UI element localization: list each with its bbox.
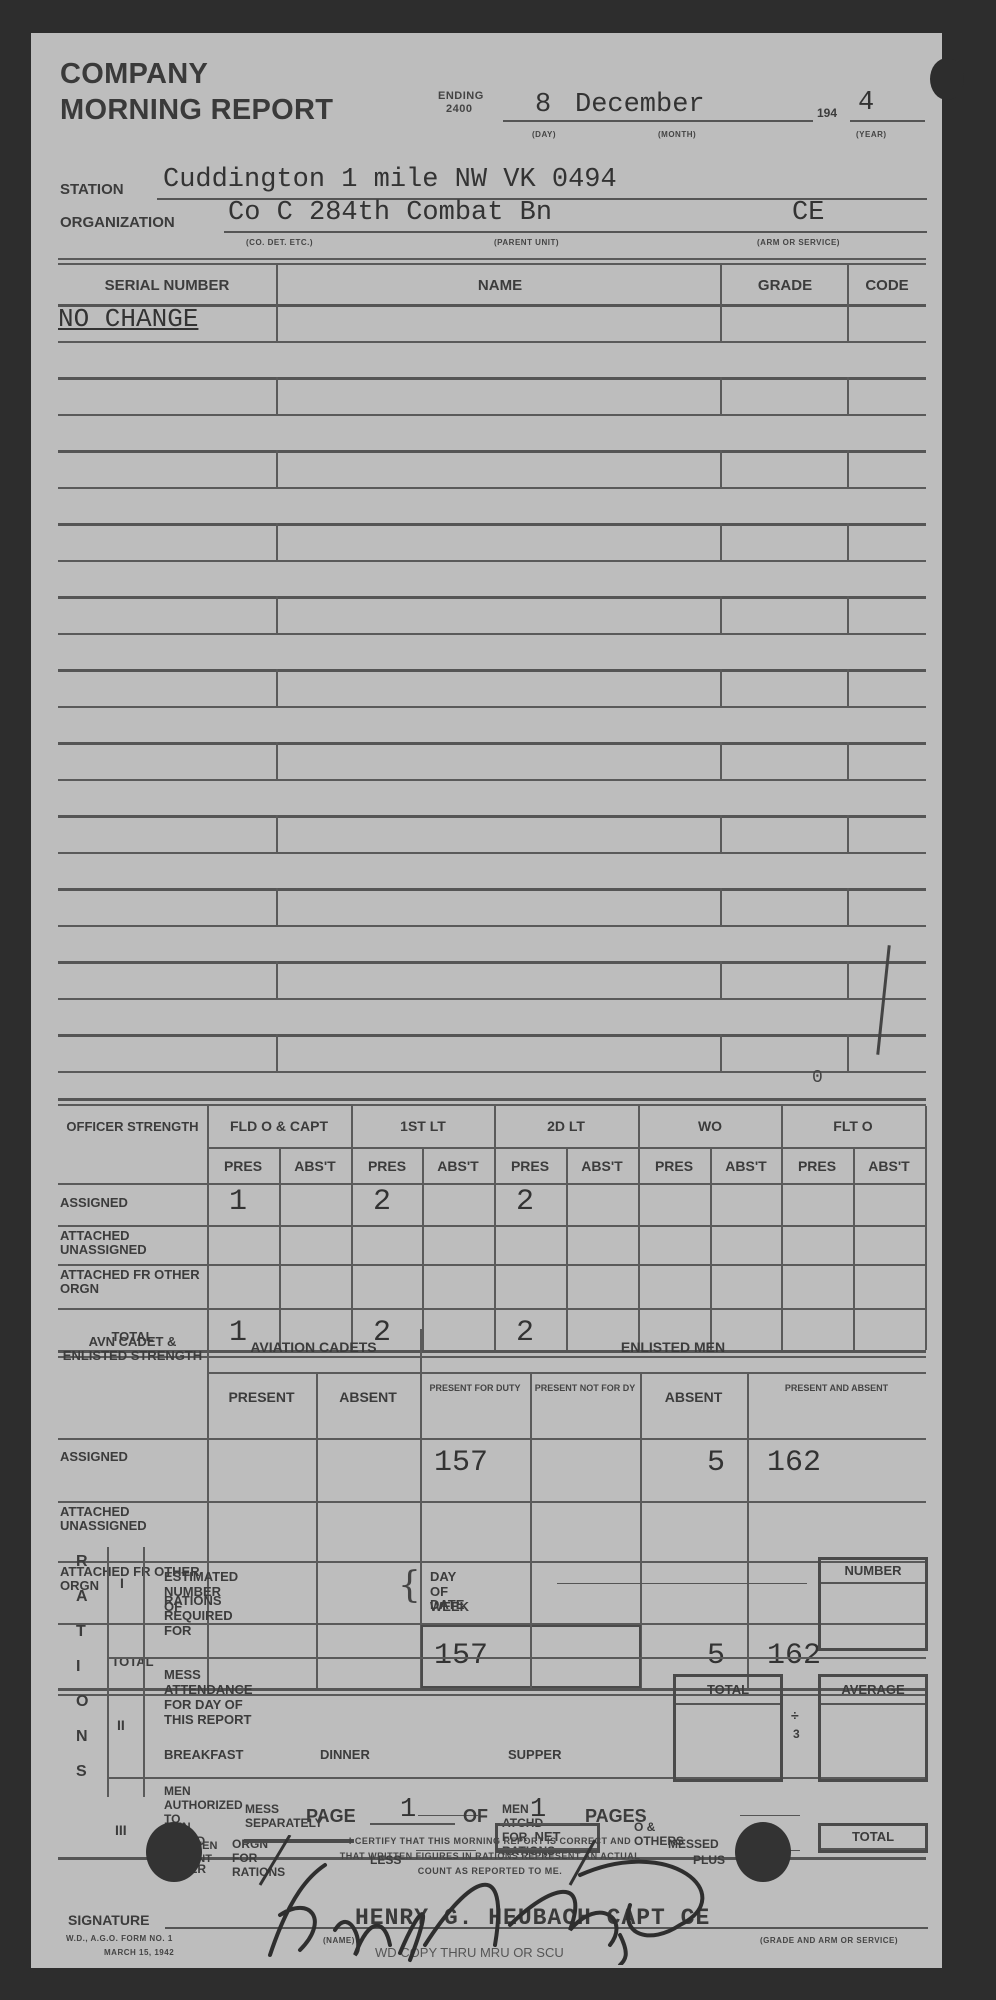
row-rule (58, 633, 926, 635)
row-rule (58, 1501, 926, 1503)
table-row[interactable] (58, 742, 926, 779)
caption-co-det: (CO. DET. ETC.) (246, 238, 313, 247)
column-divider (494, 1106, 496, 1350)
row-rule (58, 1438, 926, 1440)
enlisted-cell[interactable]: 5 (707, 1639, 725, 1673)
table-row[interactable] (58, 523, 926, 560)
enlisted-row-label: ASSIGNED (60, 1450, 209, 1464)
rations-required-label: RATIONS REQUIRED FOR (164, 1593, 233, 1638)
arm-or-service-value[interactable]: CE (792, 198, 824, 228)
date-underline (503, 120, 813, 122)
officer-sub-header: ABS'T (566, 1158, 638, 1174)
handwritten-signature (250, 1835, 740, 1965)
column-divider (422, 1147, 424, 1350)
punch-hole-left (146, 1822, 202, 1882)
row-rule (107, 1657, 926, 1659)
rule (58, 1104, 926, 1106)
row-rule (58, 414, 926, 416)
rations-side-letter: O (76, 1693, 88, 1711)
officer-group-header: WO (638, 1118, 782, 1134)
column-divider (566, 1147, 568, 1350)
ending-time-label: 2400 (446, 104, 472, 115)
report-day[interactable]: 8 (535, 90, 551, 120)
rule (58, 263, 926, 265)
signature-label: SIGNATURE (68, 1912, 149, 1928)
enlisted-column-header: PRESENT FOR DUTY (420, 1382, 530, 1394)
enlisted-cell[interactable]: 157 (434, 1446, 488, 1480)
column-divider (143, 1547, 145, 1797)
officer-row-label: ASSIGNED (60, 1196, 209, 1210)
row-rule (58, 1264, 926, 1266)
column-divider (207, 1106, 209, 1350)
officer-cell[interactable]: 1 (229, 1185, 247, 1219)
form-number: W.D., A.G.O. FORM NO. 1 (66, 1934, 173, 1943)
officer-sub-header: PRES (781, 1158, 853, 1174)
date-label: DATE (430, 1597, 464, 1612)
officer-sub-header: ABS'T (279, 1158, 351, 1174)
year-underline (850, 120, 925, 122)
officer-sub-header: PRES (494, 1158, 566, 1174)
grade-caption: (GRADE AND ARM OR SERVICE) (760, 1936, 898, 1945)
year-prefix: 194 (817, 106, 837, 120)
header-code: CODE (848, 277, 926, 294)
station-label: STATION (60, 181, 124, 198)
row-rule (107, 1777, 926, 1779)
enlisted-column-header: ABSENT (316, 1389, 420, 1405)
column-divider (638, 1106, 640, 1350)
number-box-header: NUMBER (821, 1560, 925, 1584)
mess-attendance-label: MESS ATTENDANCE FOR DAY OF THIS REPORT (164, 1667, 253, 1727)
column-divider (279, 1147, 281, 1350)
column-divider (316, 1372, 318, 1688)
report-month[interactable]: December (575, 90, 705, 120)
officer-group-header: FLD O & CAPT (207, 1118, 351, 1134)
row-rule (58, 852, 926, 854)
enlisted-strength-label: AVN CADET & ENLISTED STRENGTH (58, 1335, 207, 1363)
caption-month: (MONTH) (658, 130, 696, 139)
caption-parent-unit: (PARENT UNIT) (494, 238, 559, 247)
enlisted-column-header: PRESENT NOT FOR DY (530, 1382, 640, 1394)
officer-group-header: 2D LT (494, 1118, 638, 1134)
column-divider (747, 1372, 749, 1688)
station-value[interactable]: Cuddington 1 mile NW VK 0494 (163, 165, 617, 195)
enlisted-cell[interactable]: 162 (767, 1639, 821, 1673)
rations-side-letter: N (76, 1728, 88, 1746)
officer-sub-header: ABS'T (853, 1158, 925, 1174)
officer-sub-header: ABS'T (710, 1158, 782, 1174)
row-rule (58, 1183, 926, 1185)
table-row[interactable] (58, 596, 926, 633)
officer-sub-header: PRES (351, 1158, 423, 1174)
table-row[interactable] (58, 961, 926, 998)
breakfast-label: BREAKFAST (164, 1747, 243, 1762)
rations-side-letter: T (76, 1623, 86, 1641)
rations-side-letter: R (76, 1553, 88, 1571)
enlisted-row-label: ATTACHED UNASSIGNED (60, 1505, 209, 1533)
row-rule (58, 1308, 926, 1310)
officer-strength-label: OFFICER STRENGTH (58, 1120, 207, 1134)
pages-label: PAGES (585, 1806, 647, 1827)
officer-group-header: 1ST LT (351, 1118, 495, 1134)
form-title-company: COMPANY (60, 58, 208, 90)
dinner-label: DINNER (320, 1747, 370, 1762)
brace: { (398, 1565, 421, 1606)
column-divider (107, 1547, 109, 1797)
form-title-morning-report: MORNING REPORT (60, 94, 333, 126)
page-number[interactable]: 1 (400, 1795, 416, 1825)
table-row[interactable] (58, 1034, 926, 1071)
rule (207, 1147, 926, 1149)
enlisted-men-header: ENLISTED MEN (420, 1339, 926, 1355)
table-row[interactable] (58, 304, 926, 341)
section-numeral: III (115, 1822, 127, 1838)
paper-notch (930, 58, 964, 100)
caption-day: (DAY) (532, 130, 556, 139)
divide-by: 3 (793, 1727, 800, 1741)
margin-mark: 0 (812, 1068, 823, 1088)
row-rule (58, 1561, 926, 1563)
officer-group-header: FLT O (781, 1118, 925, 1134)
column-divider (853, 1147, 855, 1350)
officer-row-label: ATTACHED UNASSIGNED (60, 1229, 209, 1257)
table-row[interactable] (58, 815, 926, 852)
row-rule (58, 560, 926, 562)
row-rule (58, 779, 926, 781)
rule (207, 1372, 926, 1374)
enlisted-column-header: ABSENT (640, 1389, 747, 1405)
row-rule (58, 1071, 926, 1073)
table-row[interactable] (58, 888, 926, 925)
rations-total-box[interactable]: TOTAL (818, 1823, 928, 1853)
table-row[interactable] (58, 669, 926, 706)
page-label: PAGE (306, 1806, 356, 1827)
page-total[interactable]: 1 (530, 1795, 546, 1825)
rations-side-letter: A (76, 1588, 88, 1606)
column-divider (925, 1106, 927, 1350)
column-divider (781, 1106, 783, 1350)
supper-label: SUPPER (508, 1747, 561, 1762)
rule (58, 1098, 926, 1101)
mess-total-header: TOTAL (676, 1677, 780, 1705)
table-row[interactable] (58, 377, 926, 414)
rations-side-letter: I (76, 1658, 80, 1676)
row-rule (58, 341, 926, 343)
section-numeral: I (120, 1575, 124, 1591)
caption-arm-or-service: (ARM OR SERVICE) (757, 238, 840, 247)
row-rule (58, 487, 926, 489)
enlisted-column-header: PRESENT AND ABSENT (747, 1382, 926, 1394)
divide-sign: ÷ (791, 1707, 799, 1723)
officer-row-label: ATTACHED FR OTHER ORGN (60, 1268, 209, 1296)
table-row[interactable] (58, 450, 926, 487)
organization-underline (224, 231, 927, 233)
of-label: OF (463, 1806, 488, 1827)
caption-year: (YEAR) (856, 130, 887, 139)
rule (58, 258, 926, 260)
report-year[interactable]: 4 (858, 88, 874, 118)
column-divider (710, 1147, 712, 1350)
row-rule (58, 925, 926, 927)
form-date: MARCH 15, 1942 (104, 1948, 174, 1957)
row-rule (58, 998, 926, 1000)
header-name: NAME (278, 277, 722, 294)
organization-label: ORGANIZATION (60, 214, 175, 231)
section-numeral: II (117, 1717, 125, 1733)
rations-side-letter: S (76, 1763, 87, 1781)
mess-total-box[interactable]: TOTAL (673, 1674, 783, 1782)
header-grade: GRADE (722, 277, 848, 294)
rations-total-header: TOTAL (821, 1826, 925, 1850)
day-of-week-line[interactable] (557, 1583, 807, 1584)
row-rule (58, 706, 926, 708)
number-box[interactable]: NUMBER (818, 1557, 928, 1651)
column-divider (351, 1106, 353, 1350)
officer-sub-header: PRES (638, 1158, 710, 1174)
officer-cell[interactable]: 2 (516, 1185, 534, 1219)
average-box-header: AVERAGE (821, 1677, 925, 1705)
organization-value[interactable]: Co C 284th Combat Bn (228, 198, 552, 228)
aviation-cadets-header: AVIATION CADETS (207, 1339, 420, 1355)
row-rule (58, 1225, 926, 1227)
officer-sub-header: PRES (207, 1158, 279, 1174)
officer-cell[interactable]: 2 (373, 1185, 391, 1219)
header-serial-number: SERIAL NUMBER (58, 277, 276, 294)
punch-hole-right (735, 1822, 791, 1882)
officer-sub-header: ABS'T (422, 1158, 494, 1174)
enlisted-cell[interactable]: 5 (707, 1446, 725, 1480)
ending-label: ENDING (438, 91, 484, 102)
enlisted-cell[interactable]: 162 (767, 1446, 821, 1480)
enlisted-column-header: PRESENT (207, 1389, 316, 1405)
average-box[interactable]: AVERAGE (818, 1674, 928, 1782)
atchd-for-rations-line[interactable] (740, 1815, 800, 1816)
